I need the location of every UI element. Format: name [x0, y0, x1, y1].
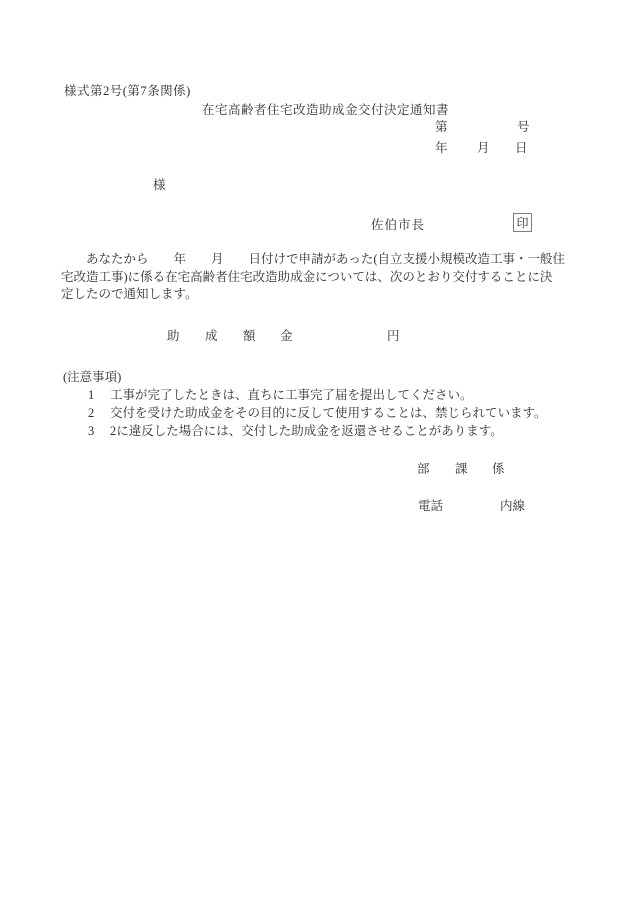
note-text: 工事が完了したときは、直ちに工事完了届を提出してください。	[110, 389, 473, 402]
contact-department-label: 部	[417, 463, 430, 476]
seal-mark: 印	[513, 213, 532, 232]
date-year-label: 年	[435, 142, 448, 155]
notification-document-page: 様式第2号(第7条関係) 在宅高齢者住宅改造助成金交付決定通知書 第 号 年 月…	[0, 0, 630, 915]
body-line-2: 宅改造工事)に係る在宅高齢者住宅改造助成金については、次のとおり交付することに決	[61, 269, 573, 287]
note-number: 2	[88, 407, 94, 420]
form-number: 様式第2号(第7条関係)	[64, 85, 191, 98]
amount-label-char-3: 額	[243, 330, 256, 343]
note-text: 交付を受けた助成金をその目的に反して使用することは、禁じられています。	[110, 407, 547, 420]
amount-currency-suffix: 円	[387, 330, 400, 343]
amount-label-char-2: 成	[205, 330, 218, 343]
phone-label: 電話	[418, 500, 443, 513]
extension-label: 内線	[500, 500, 525, 513]
notes-header: (注意事項)	[63, 371, 121, 384]
amount-currency-prefix: 金	[280, 330, 293, 343]
body-line-1: あなたから 年 月 日付けで申請があった(自立支援小規模改造工事・一般住	[61, 251, 573, 269]
contact-subsection-label: 係	[492, 463, 505, 476]
amount-label-char-1: 助	[167, 330, 180, 343]
issuer-name: 佐伯市長	[371, 219, 425, 232]
doc-number-prefix: 第	[435, 121, 448, 134]
note-text: 2に違反した場合には、交付した助成金を返還させることがあります。	[110, 425, 503, 438]
body-paragraph: あなたから 年 月 日付けで申請があった(自立支援小規模改造工事・一般住 宅改造…	[61, 251, 573, 304]
note-number: 1	[88, 389, 94, 402]
doc-number-suffix: 号	[517, 121, 530, 134]
contact-section-label: 課	[455, 463, 468, 476]
addressee-honorific: 様	[153, 179, 166, 192]
date-day-label: 日	[515, 142, 528, 155]
document-title: 在宅高齢者住宅改造助成金交付決定通知書	[202, 104, 449, 117]
note-number: 3	[88, 425, 94, 438]
body-line-3: 定したので通知します。	[61, 286, 573, 304]
date-month-label: 月	[477, 142, 490, 155]
